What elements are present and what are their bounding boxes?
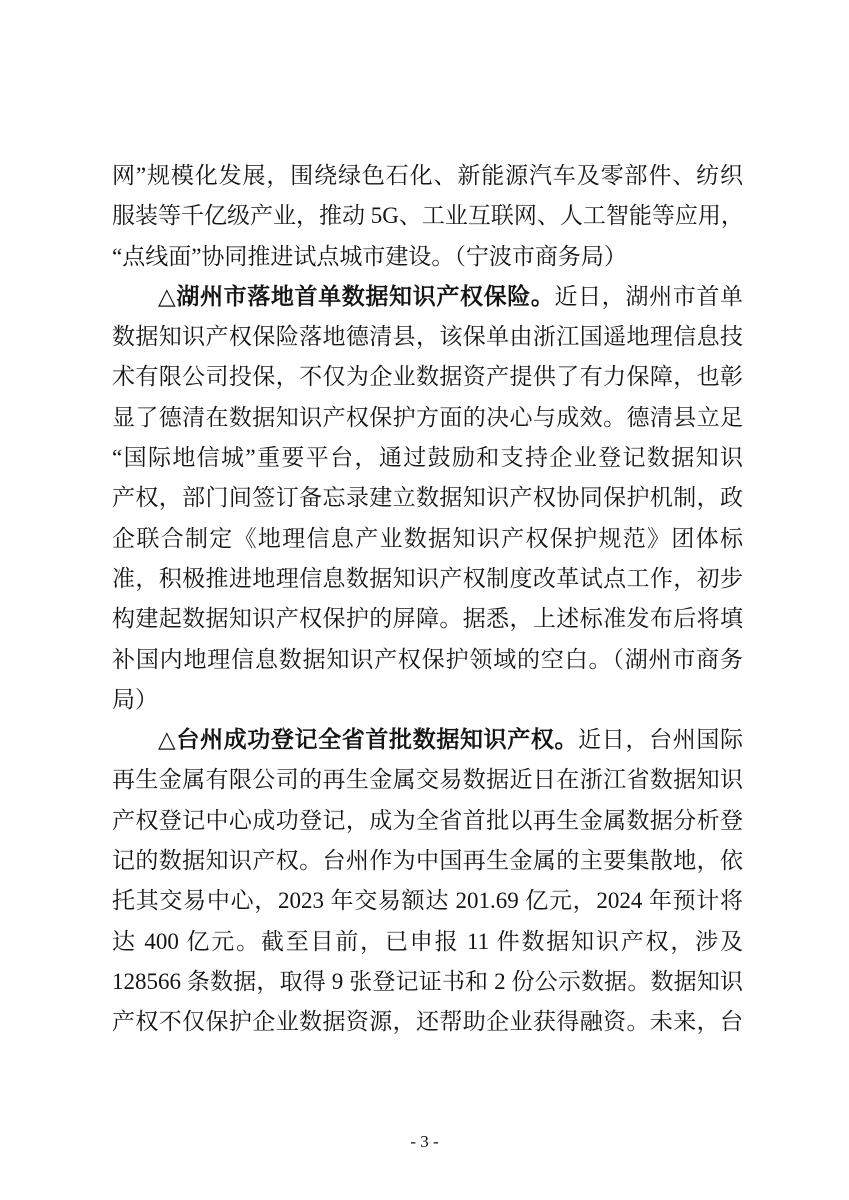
text-line-paragraph-heading: △湖州市落地首单数据知识产权保险。近日，湖州市首单	[112, 276, 743, 316]
line-body-text: 补国内地理信息数据知识产权保护领域的空白。（湖州市商务	[112, 647, 743, 672]
text-line: 局）	[112, 679, 743, 719]
line-body-text: 数据知识产权保险落地德清县，该保单由浙江国遥地理信息技	[112, 324, 743, 349]
text-line-paragraph-heading: △台州成功登记全省首批数据知识产权。近日，台州国际	[112, 719, 743, 759]
page-number: - 3 -	[410, 1132, 438, 1151]
text-line: “国际地信城”重要平台，通过鼓励和支持企业登记数据知识	[112, 437, 743, 477]
line-body-text: 产权，部门间签订备忘录建立数据知识产权协同保护机制，政	[112, 485, 743, 510]
text-line: 准，积极推进地理信息数据知识产权制度改革试点工作，初步	[112, 558, 743, 598]
text-line: 术有限公司投保，不仅为企业数据资产提供了有力保障，也彰	[112, 356, 743, 396]
text-line: 达 400 亿元。截至目前，已申报 11 件数据知识产权，涉及	[112, 921, 743, 961]
line-body-text: 产权不仅保护企业数据资源，还帮助企业获得融资。未来，台	[112, 1009, 743, 1034]
text-line: 数据知识产权保险落地德清县，该保单由浙江国遥地理信息技	[112, 316, 743, 356]
text-line: 显了德清在数据知识产权保护方面的决心与成效。德清县立足	[112, 397, 743, 437]
text-line: 企联合制定《地理信息产业数据知识产权保护规范》团体标	[112, 518, 743, 558]
paragraph-heading-text: △湖州市落地首单数据知识产权保险。	[158, 283, 555, 309]
line-body-text: 准，积极推进地理信息数据知识产权制度改革试点工作，初步	[112, 566, 743, 591]
line-body-text: 企联合制定《地理信息产业数据知识产权保护规范》团体标	[112, 526, 743, 551]
line-body-text: 产权登记中心成功登记，成为全省首批以再生金属数据分析登	[112, 808, 743, 833]
line-body-text: 近日，湖州市首单	[555, 284, 743, 309]
text-line: 网”规模化发展，围绕绿色石化、新能源汽车及零部件、纺织	[112, 155, 743, 195]
line-body-text: 再生金属有限公司的再生金属交易数据近日在浙江省数据知识	[112, 767, 743, 792]
line-body-text: 网”规模化发展，围绕绿色石化、新能源汽车及零部件、纺织	[112, 163, 743, 188]
line-body-text: 达 400 亿元。截至目前，已申报 11 件数据知识产权，涉及	[112, 929, 743, 954]
page-footer: - 3 -	[0, 1130, 849, 1154]
line-body-text: 记的数据知识产权。台州作为中国再生金属的主要集散地，依	[112, 848, 743, 873]
text-line: 托其交易中心，2023 年交易额达 201.69 亿元，2024 年预计将	[112, 880, 743, 920]
text-line: 记的数据知识产权。台州作为中国再生金属的主要集散地，依	[112, 840, 743, 880]
line-body-text: 显了德清在数据知识产权保护方面的决心与成效。德清县立足	[112, 405, 743, 430]
text-line: 产权不仅保护企业数据资源，还帮助企业获得融资。未来，台	[112, 1001, 743, 1041]
line-body-text: “国际地信城”重要平台，通过鼓励和支持企业登记数据知识	[112, 445, 743, 470]
text-line: 产权，部门间签订备忘录建立数据知识产权协同保护机制，政	[112, 477, 743, 517]
document-page: 网”规模化发展，围绕绿色石化、新能源汽车及零部件、纺织 服装等千亿级产业，推动 …	[0, 0, 849, 1200]
text-line: 产权登记中心成功登记，成为全省首批以再生金属数据分析登	[112, 800, 743, 840]
text-line: 构建起数据知识产权保护的屏障。据悉，上述标准发布后将填	[112, 598, 743, 638]
text-line: 再生金属有限公司的再生金属交易数据近日在浙江省数据知识	[112, 759, 743, 799]
text-line: “点线面”协同推进试点城市建设。（宁波市商务局）	[112, 236, 743, 276]
line-body-text: 服装等千亿级产业，推动 5G、工业互联网、人工智能等应用，	[112, 203, 744, 228]
line-body-text: 近日，台州国际	[578, 727, 743, 752]
line-body-text: 构建起数据知识产权保护的屏障。据悉，上述标准发布后将填	[112, 606, 743, 631]
line-body-text: “点线面”协同推进试点城市建设。（宁波市商务局）	[112, 244, 627, 269]
text-line: 128566 条数据，取得 9 张登记证书和 2 份公示数据。数据知识	[112, 961, 743, 1001]
document-text-block: 网”规模化发展，围绕绿色石化、新能源汽车及零部件、纺织 服装等千亿级产业，推动 …	[112, 155, 743, 1042]
line-body-text: 128566 条数据，取得 9 张登记证书和 2 份公示数据。数据知识	[112, 969, 743, 994]
line-body-text: 术有限公司投保，不仅为企业数据资产提供了有力保障，也彰	[112, 364, 743, 389]
text-line: 服装等千亿级产业，推动 5G、工业互联网、人工智能等应用，	[112, 195, 743, 235]
text-line: 补国内地理信息数据知识产权保护领域的空白。（湖州市商务	[112, 639, 743, 679]
line-body-text: 局）	[112, 687, 158, 712]
paragraph-heading-text: △台州成功登记全省首批数据知识产权。	[158, 726, 578, 752]
line-body-text: 托其交易中心，2023 年交易额达 201.69 亿元，2024 年预计将	[112, 888, 743, 913]
